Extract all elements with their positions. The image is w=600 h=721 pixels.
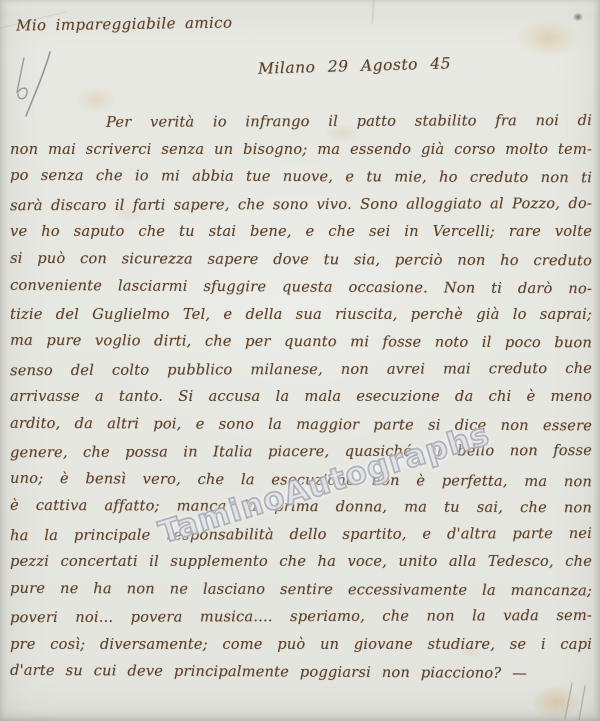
body-line: d'arte su cui deve principalmente poggia… bbox=[10, 657, 592, 688]
body-line: poveri noi... povera musica.... speriamo… bbox=[10, 602, 592, 632]
body-line: ma pure voglio dirti, che per quanto mi … bbox=[10, 327, 592, 357]
body-line: Per verità io infrango il patto stabilit… bbox=[10, 107, 592, 137]
letter-body: Per verità io infrango il patto stabilit… bbox=[10, 108, 592, 686]
body-line: tizie del Guglielmo Tel, e della sua riu… bbox=[10, 301, 592, 329]
pencil-corner-strokes-icon bbox=[558, 680, 596, 721]
body-line: è cattiva affatto; manca la prima donna,… bbox=[10, 492, 592, 522]
body-line: pre così; diversamente; come può un giov… bbox=[10, 631, 592, 659]
body-line: senso del colto pubblico milanese, non a… bbox=[10, 354, 592, 384]
body-line: genere, che possa in Italia piacere, qua… bbox=[10, 437, 592, 467]
letter-page: Mio impareggiabile amico Milano 29 Agost… bbox=[0, 0, 600, 721]
body-line: sarà discaro il farti sapere, che sono v… bbox=[10, 189, 592, 219]
letter-dateline: Milano 29 Agosto 45 bbox=[258, 54, 451, 77]
body-line: arrivasse a tanto. Si accusa la mala ese… bbox=[10, 383, 592, 411]
body-line: ardito, da altri poi, e sono la maggior … bbox=[10, 409, 592, 439]
body-line: non mai scriverci senza un bisogno; ma e… bbox=[10, 136, 592, 164]
body-line: conveniente lasciarmi sfuggire questa oc… bbox=[10, 272, 592, 303]
body-line: ve ho saputo che tu stai bene, e che sei… bbox=[10, 218, 592, 246]
body-line: pure ne ha non ne lasciano sentire ecces… bbox=[10, 574, 592, 604]
paper-crease bbox=[371, 0, 375, 24]
body-line: si può con sicurezza sapere dove tu sia,… bbox=[10, 244, 592, 274]
body-line: uno; è bensì vero, che la esecuzione non… bbox=[10, 464, 592, 495]
body-line: po senza che io mi abbia tue nuove, e tu… bbox=[10, 162, 592, 192]
body-line: pezzi concertati il supplemento che ha v… bbox=[10, 548, 592, 576]
body-line: ha la principale responsabilità dello sp… bbox=[10, 519, 592, 549]
letter-salutation: Mio impareggiabile amico bbox=[16, 13, 233, 34]
